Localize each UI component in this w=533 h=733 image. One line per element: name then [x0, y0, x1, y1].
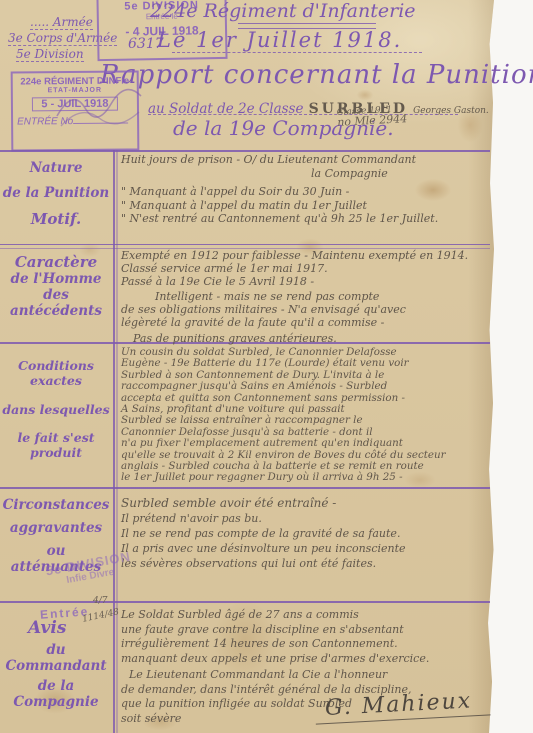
report-title: Rapport concernant la Punition — [100, 60, 533, 90]
margin-note-top: 4/7 — [93, 596, 107, 606]
section-label-nature: Nature de la Punition Motif. — [0, 160, 112, 228]
section-label-conditions: Conditions exactes dans lesquelles le fa… — [0, 358, 112, 460]
section-content-conditions: Un cousin du soldat Surbled, le Canonnie… — [121, 347, 487, 484]
handwriting-scrawl — [55, 86, 145, 130]
section-label-avis: Avis du Commandant de la Compagnie — [0, 618, 112, 710]
date-underline — [172, 52, 422, 53]
column-divider — [113, 150, 115, 733]
section-divider — [0, 150, 490, 152]
date-line: Le 1er Juillet 1918. — [157, 28, 402, 52]
section-label-caractere: Caractère de l'Homme des antécédents — [0, 253, 112, 315]
section-divider — [0, 244, 490, 245]
section-divider — [0, 601, 490, 603]
class-note: Classe 1911 no Mle 2944 — [337, 104, 408, 128]
section-content-circonstances: Surbled semble avoir été entraîné - Il p… — [121, 496, 487, 571]
regiment-title: 224e Régiment d'Infanterie — [150, 0, 416, 22]
scanned-document: ..... Armée 3e Corps d'Armée 5e Division… — [0, 0, 533, 733]
section-content-nature: Huit jours de prison - O/ du Lieutenant … — [121, 153, 487, 226]
subject-underline — [148, 114, 458, 115]
section-content-caractere: Exempté en 1912 pour faiblesse - Mainten… — [121, 249, 487, 345]
section-divider — [0, 487, 490, 489]
